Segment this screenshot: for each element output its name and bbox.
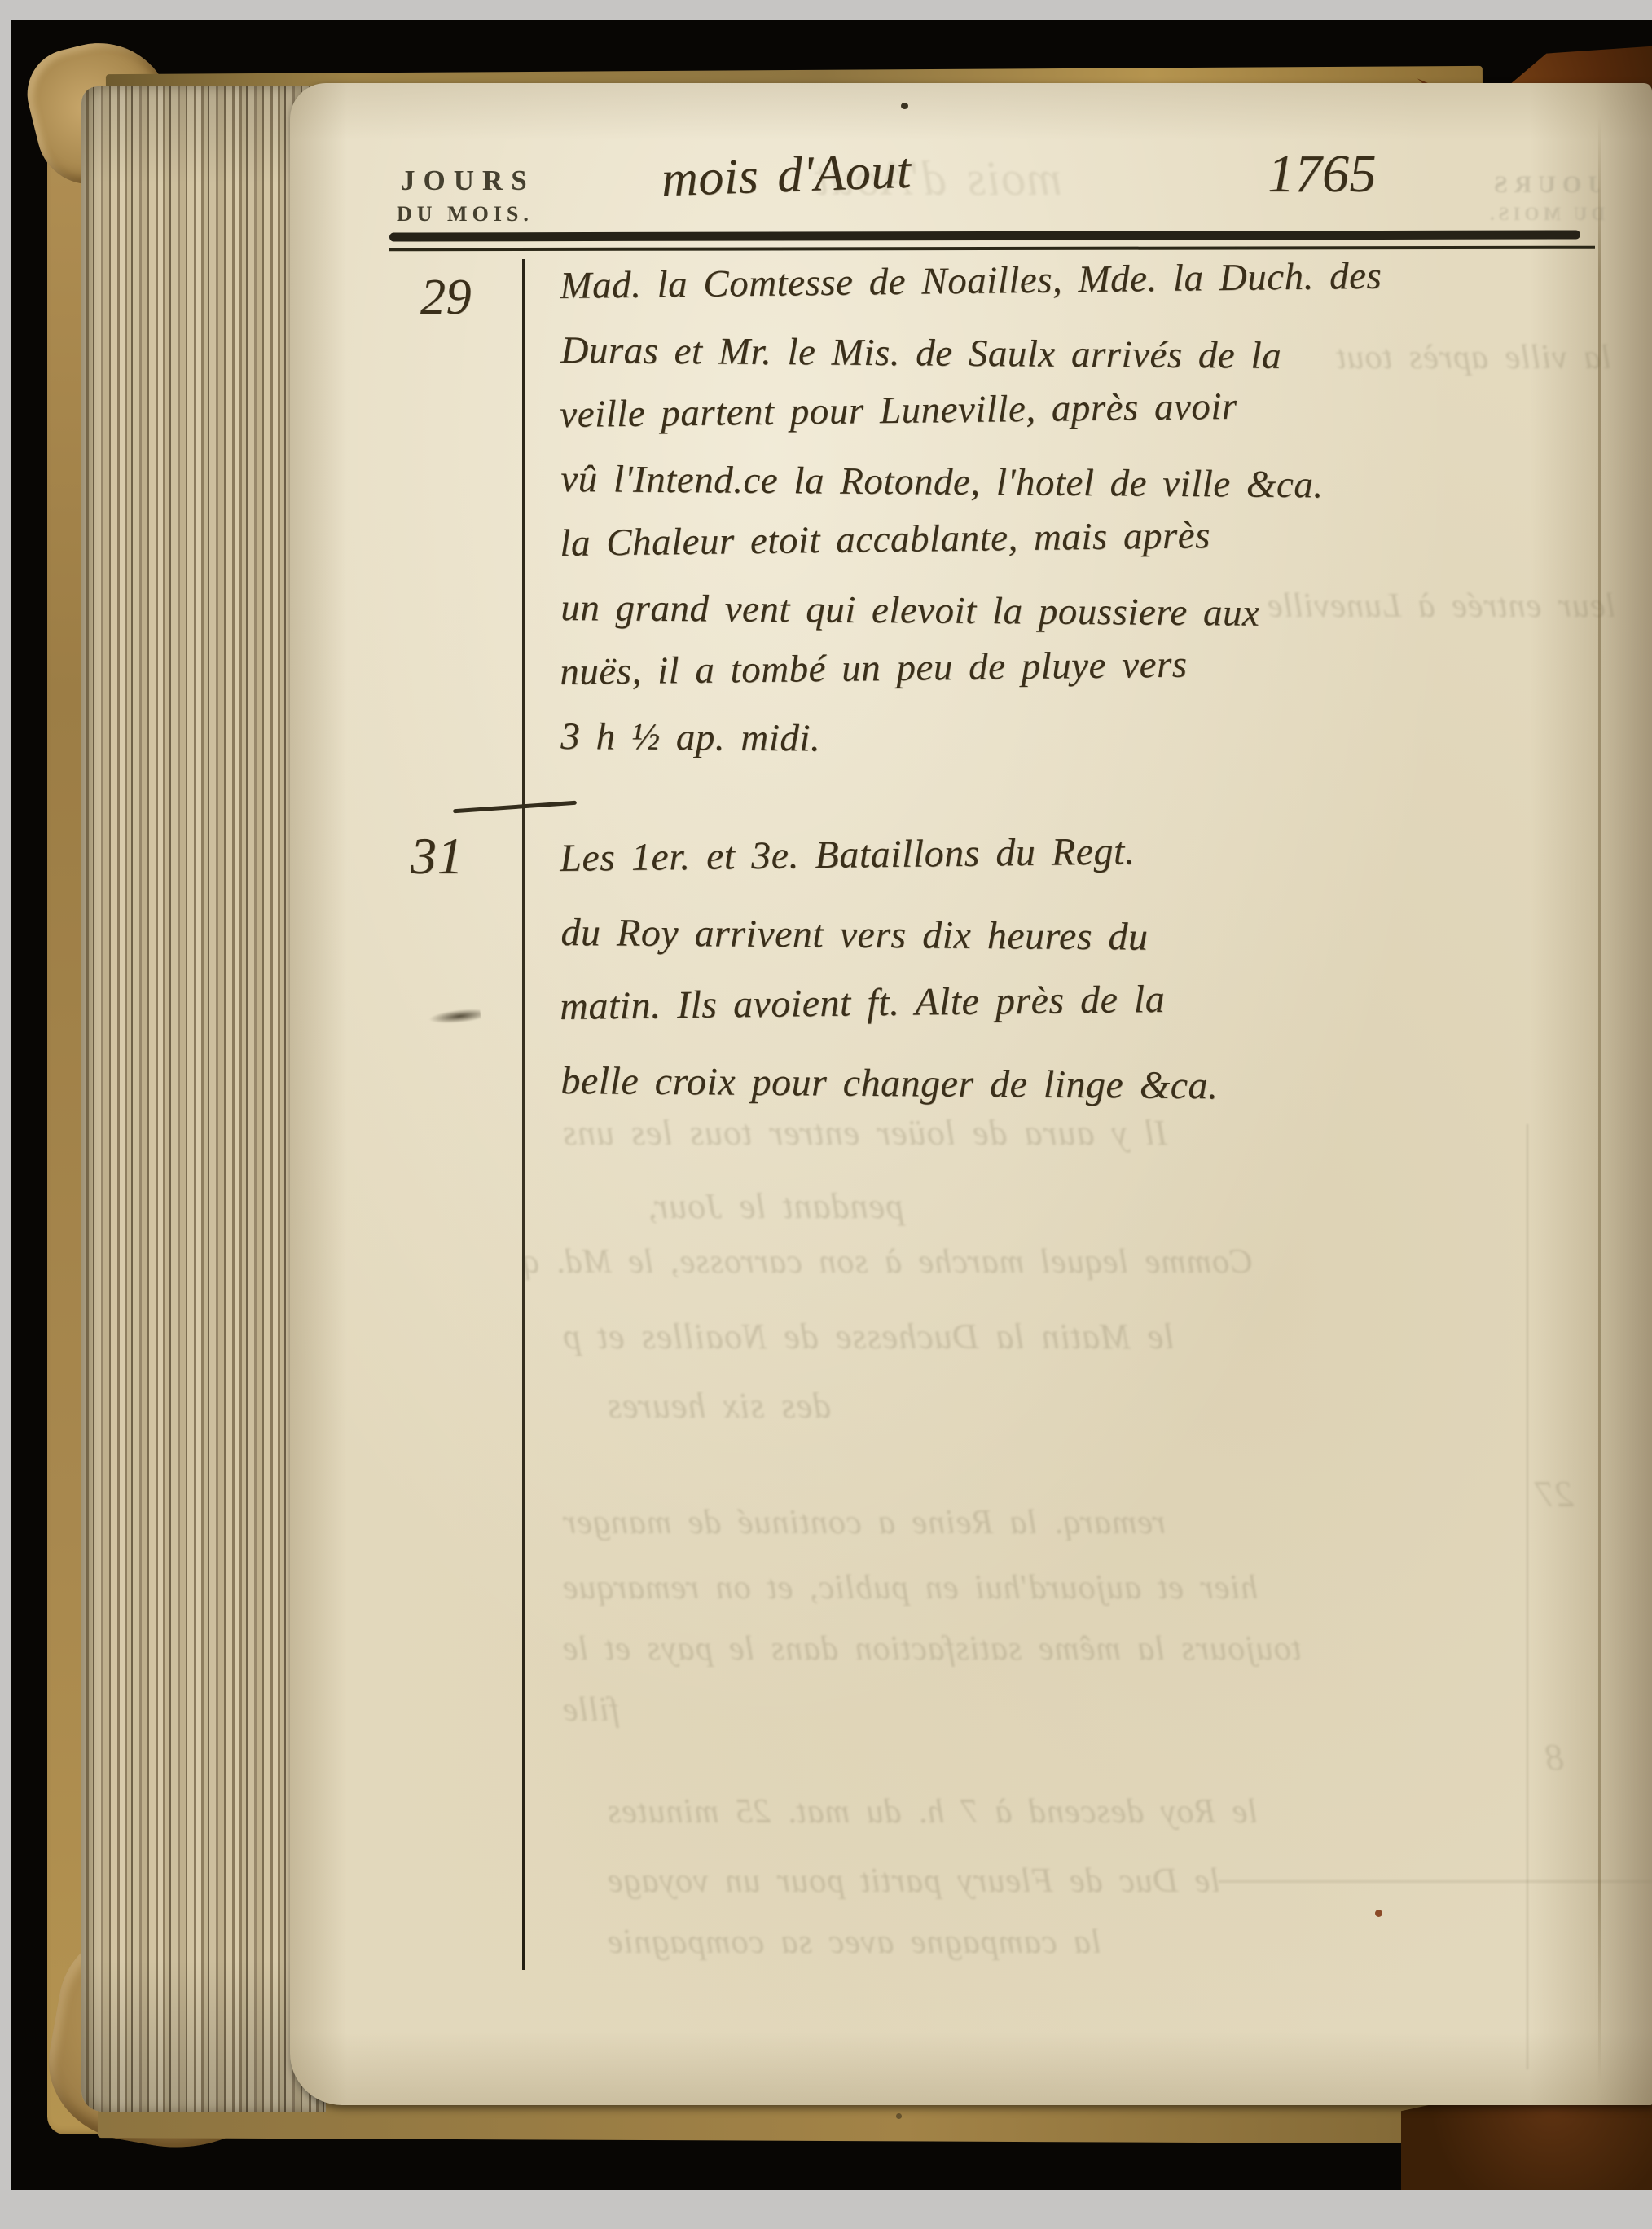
entry-29-line: la Chaleur etoit accablante, mais après [560,512,1382,586]
entry-31: Les 1er. et 3e. Bataillons du Regt. du R… [560,836,1218,1132]
bleedthrough-line: pendant le Jour, [648,1185,903,1227]
entry-29-line: 3 h ½ ap. midi. [560,714,1383,785]
day-number-31: 31 [411,826,464,886]
year: 1765 [1268,143,1377,205]
bleedthrough-day-number: 27 [1535,1472,1574,1515]
page-stack-edges [81,86,326,2112]
entry-31-line: matin. Ils avoient ft. Alte près de la [560,976,1218,1058]
day-number-29: 29 [420,269,472,327]
printed-column-label-line2: DU MOIS. [397,202,534,226]
bleedthrough-line: fille [562,1690,619,1730]
bleedthrough-line: remarq. la Reine a continué de manger [562,1503,1166,1542]
bleedthrough-printed-label-ghost-2: DU MOIS. [1486,204,1605,225]
entry-29: Mad. la Comtesse de Noailles, Mde. la Du… [560,264,1382,779]
month-title: mois d'Aout [661,143,912,209]
entry-31-line: Les 1er. et 3e. Bataillons du Regt. [560,828,1218,910]
day-column-rule [522,259,525,1970]
photograph-frame: mois d'Aout JOURS DU MOIS. la ville aprè… [0,0,1652,2229]
bleedthrough-printed-label-ghost-1: JOURS [1487,171,1600,199]
bleedthrough-line: le Roy descend à 7 h. du mat. 25 minutes [607,1792,1258,1831]
bleedthrough-line: la campagne avec sa compagnie [607,1923,1101,1962]
bleedthrough-line: Comme lequel marche à son carrosse, le M… [521,1242,1253,1282]
bleedthrough-header-rule-ghost [1219,1880,1652,1883]
entry-29-line: nuës, il a tombé un peu de pluye vers [560,640,1382,714]
bleedthrough-day-number: 8 [1544,1735,1564,1778]
ink-speck [901,103,908,109]
entry-31-line: belle croix pour changer de linge &ca. [560,1058,1219,1137]
bleedthrough-column-rule-ghost [1527,1124,1528,2069]
entry-29-line: veille partent pour Luneville, après avo… [560,383,1382,457]
printed-column-label-line1: JOURS [401,165,535,197]
bleedthrough-line: le Matin la Duchesse de Noailles et p [562,1316,1175,1357]
ink-speck [896,2113,902,2119]
bleedthrough-line: hier et aujourd'hui en public, et on rem… [562,1568,1258,1607]
paper-speck [1375,1910,1382,1917]
gutter-crease [1598,116,1601,2087]
bleedthrough-line: toujours la même satisfaction dans le pa… [562,1629,1302,1668]
bleedthrough-line: le Duc de Fleury partit pour un voyage [607,1862,1220,1901]
entry-29-line: Mad. la Comtesse de Noailles, Mde. la Du… [560,254,1382,328]
bleedthrough-line: des six heures [607,1385,831,1427]
